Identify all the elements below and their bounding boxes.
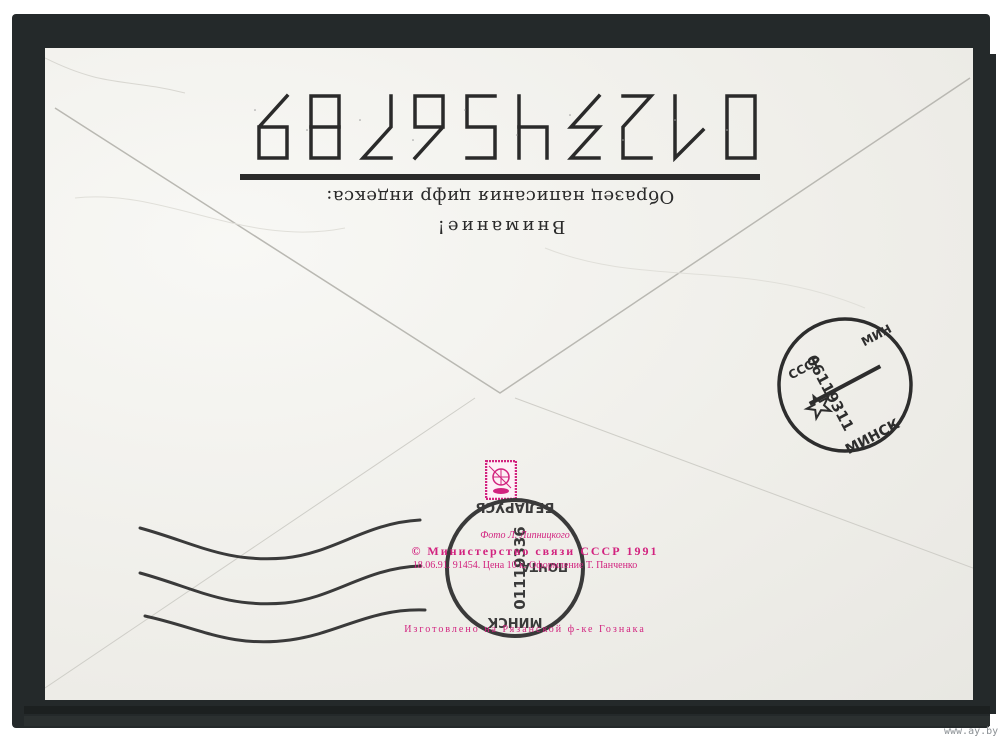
manufacturer-line: Изготовлено на Рязанской ф-ке Гознака [335,624,715,635]
zip-code-sample-digits [235,90,760,162]
attention-caption: Внимание! [240,216,760,237]
svg-text:БЕЛАРУСЬ: БЕЛАРУСЬ [476,499,555,514]
print-details: 18.06.91. 91454. Цена 10 к. Оформление Т… [355,560,695,571]
photo-credit: Фото Л. Липницкого [425,530,625,541]
site-watermark: www.ay.by [944,726,998,737]
envelope-bottom-edge [24,706,990,714]
postmark-minsk-arrival: 06119311 СССР МИНСК МИН [770,310,920,460]
zip-sample-caption: Образец написания цифр индекса: [240,186,760,207]
zip-underline [240,174,760,180]
ministry-copyright: © Министерство связи СССР 1991 [375,544,695,559]
envelope-back: Образец написания цифр индекса: Внимание… [45,48,973,700]
envelope-bottom-edge-shadow [24,716,990,726]
